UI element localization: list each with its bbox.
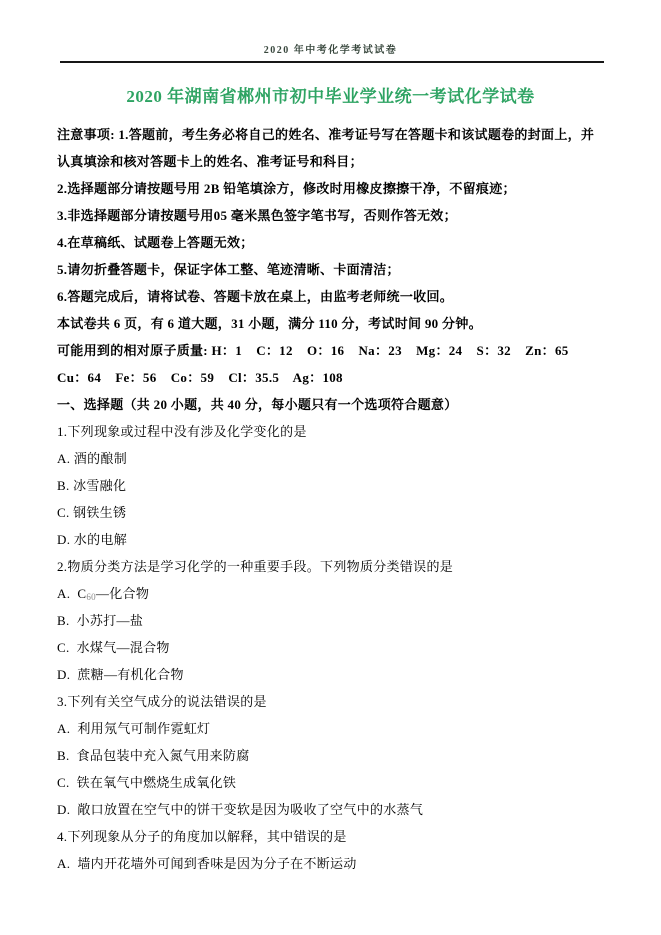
question-2-option-a: A. C60—化合物 [57, 580, 623, 607]
notice-line-5: 4.在草稿纸、试题卷上答题无效； [57, 229, 623, 256]
question-1-stem: 1.下列现象或过程中没有涉及化学变化的是 [57, 418, 623, 445]
atomic-mass-line-1: 可能用到的相对原子质量: H：1 C：12 O：16 Na：23 Mg：24 S… [57, 337, 623, 364]
c60-subscript: 60 [86, 592, 96, 602]
question-2-stem: 2.物质分类方法是学习化学的一种重要手段。下列物质分类错误的是 [57, 553, 623, 580]
question-2-option-b: B. 小苏打—盐 [57, 607, 623, 634]
question-3-option-c: C. 铁在氧气中燃烧生成氧化铁 [57, 769, 623, 796]
running-header: 2020 年中考化学考试试卷 [0, 41, 661, 56]
notice-line-6: 5.请勿折叠答题卡，保证字体工整、笔迹清晰、卡面清洁； [57, 256, 623, 283]
question-1-option-c: C. 钢铁生锈 [57, 499, 623, 526]
question-3-stem: 3.下列有关空气成分的说法错误的是 [57, 688, 623, 715]
notice-line-1: 注意事项: 1.答题前，考生务必将自己的姓名、准考证号写在答题卡和该试题卷的封面… [57, 121, 623, 148]
notice-line-2: 认真填涂和核对答题卡上的姓名、准考证号和科目； [57, 148, 623, 175]
question-2-option-d: D. 蔗糖—有机化合物 [57, 661, 623, 688]
question-1-option-d: D. 水的电解 [57, 526, 623, 553]
question-3-option-b: B. 食品包装中充入氮气用来防腐 [57, 742, 623, 769]
question-3-option-d: D. 敞口放置在空气中的饼干变软是因为吸收了空气中的水蒸气 [57, 796, 623, 823]
question-4-stem: 4.下列现象从分子的角度加以解释，其中错误的是 [57, 823, 623, 850]
notice-line-7: 6.答题完成后，请将试卷、答题卡放在桌上，由监考老师统一收回。 [57, 283, 623, 310]
question-1-option-a: A. 酒的酿制 [57, 445, 623, 472]
question-1-option-b: B. 冰雪融化 [57, 472, 623, 499]
notice-line-4: 3.非选择题部分请按题号用05 毫米黑色签字笔书写，否则作答无效； [57, 202, 623, 229]
page-title: 2020 年湖南省郴州市初中毕业学业统一考试化学试卷 [0, 82, 661, 107]
exam-info-line: 本试卷共 6 页，有 6 道大题，31 小题，满分 110 分，考试时间 90 … [57, 310, 623, 337]
atomic-mass-line-2: Cu：64 Fe：56 Co：59 Cl：35.5 Ag：108 [57, 364, 623, 391]
document-body: 注意事项: 1.答题前，考生务必将自己的姓名、准考证号写在答题卡和该试题卷的封面… [57, 121, 623, 877]
section-1-header: 一、选择题（共 20 小题，共 40 分，每小题只有一个选项符合题意） [57, 391, 623, 418]
header-rule [60, 61, 604, 63]
question-4-option-a: A. 墙内开花墙外可闻到香味是因为分子在不断运动 [57, 850, 623, 877]
question-2-option-c: C. 水煤气—混合物 [57, 634, 623, 661]
notice-line-3: 2.选择题部分请按题号用 2B 铅笔填涂方，修改时用橡皮擦擦干净，不留痕迹； [57, 175, 623, 202]
question-3-option-a: A. 利用氖气可制作霓虹灯 [57, 715, 623, 742]
option-a-suffix: —化合物 [96, 586, 149, 601]
option-a-prefix: A. C [57, 586, 86, 601]
